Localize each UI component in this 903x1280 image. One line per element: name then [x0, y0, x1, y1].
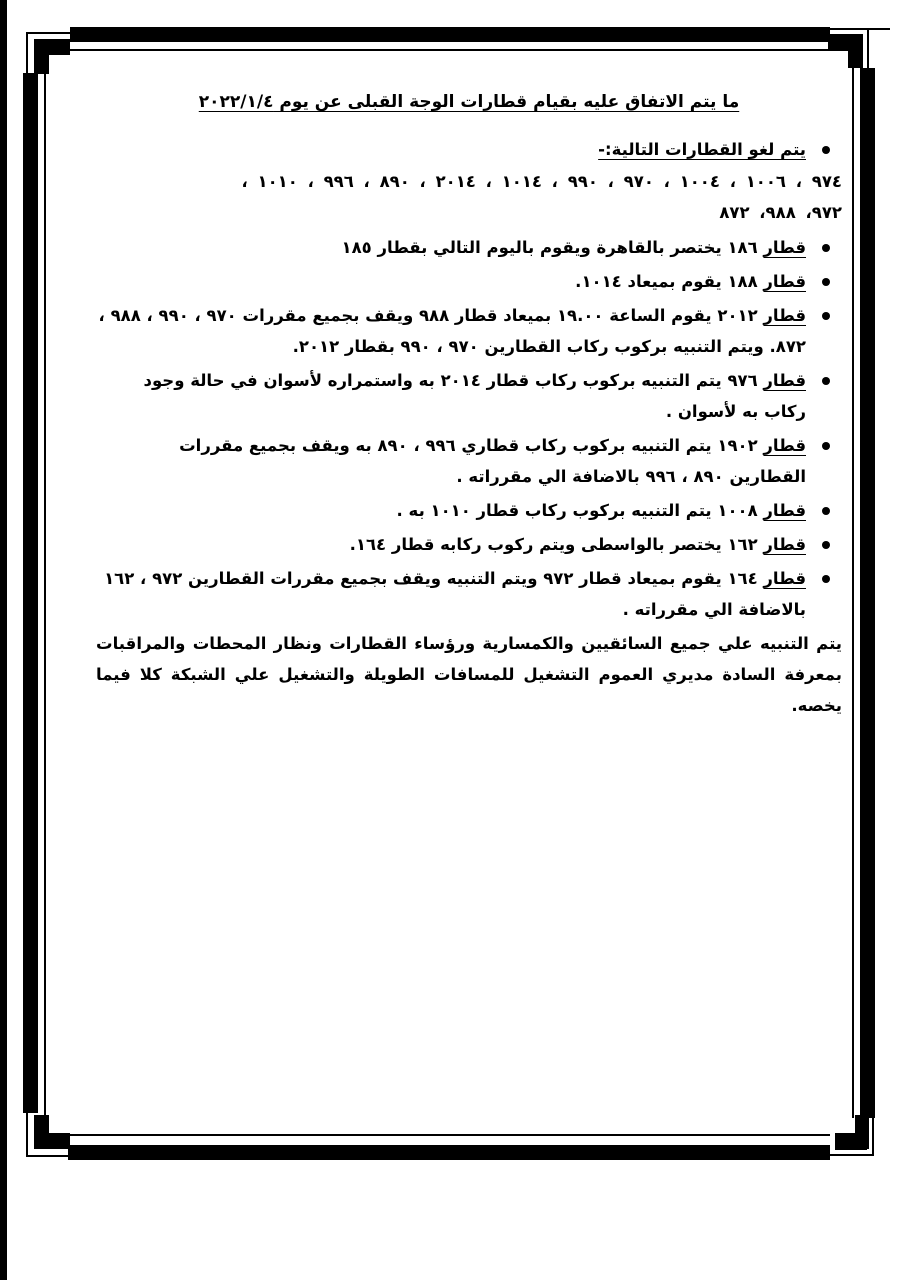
item-lead: قطار [763, 436, 806, 455]
train-instructions: قطار ١٨٦ يختصر بالقاهرة ويقوم باليوم الت… [96, 232, 842, 625]
frame-right-thin-line [852, 68, 854, 1118]
frame-corner-br-step2 [855, 1115, 869, 1149]
frame-left-thin-line [44, 73, 46, 1118]
frame-corner-bl-step2 [34, 1133, 70, 1149]
list-item: قطار ١٨٦ يختصر بالقاهرة ويقوم باليوم الت… [96, 232, 842, 263]
item-text: ١٦٤ يقوم بميعاد قطار ٩٧٢ ويتم التنبيه وي… [104, 569, 806, 619]
list-item: قطار ١٩٠٢ يتم التنبيه بركوب ركاب قطاري ٩… [146, 430, 842, 492]
bullet-icon [822, 507, 830, 515]
bullet-icon [822, 278, 830, 286]
bullet-icon [822, 575, 830, 583]
item-text: ١٩٠٢ يتم التنبيه بركوب ركاب قطاري ٩٩٦ ، … [179, 436, 806, 486]
frame-bottom-left-outer-line [26, 1155, 72, 1157]
frame-right-thick-bar [860, 68, 875, 1118]
cancelled-trains-line-1: ٩٧٤ ، ١٠٠٦ ، ١٠٠٤ ، ٩٧٠ ، ٩٩٠ ، ١٠١٤ ، ٢… [96, 166, 842, 197]
item-text: ٩٧٦ يتم التنبيه بركوب ركاب قطار ٢٠١٤ به … [143, 371, 806, 421]
list-item: قطار ١٨٨ يقوم بميعاد ١٠١٤. [96, 266, 842, 297]
list-item: قطار ١٦٤ يقوم بميعاد قطار ٩٧٢ ويتم التنب… [96, 563, 842, 625]
frame-corner-bl-outer [26, 1113, 28, 1157]
item-lead: قطار [763, 501, 806, 520]
frame-corner-tr-outer [867, 28, 869, 70]
item-text: ١٨٨ يقوم بميعاد ١٠١٤. [575, 272, 763, 291]
item-lead: قطار [763, 272, 806, 291]
frame-bottom-right-outer-line [830, 1154, 874, 1156]
item-text: ١٠٠٨ يتم التنبيه بركوب ركاب قطار ١٠١٠ به… [397, 501, 764, 520]
frame-top-left-outer-line [26, 32, 72, 34]
bullet-icon [822, 244, 830, 252]
frame-corner-tl-step2 [34, 39, 49, 74]
document-body: ما يتم الاتفاق عليه بقيام قطارات الوجة ا… [96, 92, 842, 738]
frame-corner-tl-outer [26, 32, 28, 74]
list-item: قطار ١٠٠٨ يتم التنبيه بركوب ركاب قطار ١٠… [96, 495, 842, 526]
item-lead: قطار [763, 371, 806, 390]
item-lead: قطار [763, 238, 806, 257]
list-item-cancelled-trains: يتم لغو القطارات التالية:- [96, 134, 842, 165]
document-title: ما يتم الاتفاق عليه بقيام قطارات الوجة ا… [96, 92, 842, 112]
closing-note: يتم التنبيه علي جميع السائقيين والكمساري… [96, 628, 842, 721]
item-lead: قطار [763, 535, 806, 554]
cancelled-trains-line-2: ٩٧٢، ٩٨٨، ٨٧٢ [96, 197, 842, 228]
instruction-list: يتم لغو القطارات التالية:- [96, 134, 842, 165]
frame-top-right-outer-line [828, 28, 890, 30]
item-lead: قطار [763, 306, 806, 325]
frame-top-thin-line [70, 49, 830, 51]
bullet-icon [822, 442, 830, 450]
frame-bottom-thin-line [68, 1134, 830, 1136]
item-text: ٢٠١٢ يقوم الساعة ١٩.٠٠ بميعاد قطار ٩٨٨ و… [99, 306, 806, 356]
frame-bottom-thick-bar [68, 1145, 830, 1160]
item-text: ١٨٦ يختصر بالقاهرة ويقوم باليوم التالي ب… [342, 238, 764, 257]
frame-corner-tr-step2 [848, 34, 863, 68]
frame-top-thick-bar [70, 27, 830, 42]
frame-corner-br-outer [872, 1112, 874, 1156]
frame-left-thick-bar [23, 73, 38, 1113]
bullet-icon [822, 541, 830, 549]
bullet-icon [822, 146, 830, 154]
list-item: قطار ٩٧٦ يتم التنبيه بركوب ركاب قطار ٢٠١… [96, 365, 842, 427]
cancelled-heading: يتم لغو القطارات التالية:- [598, 140, 806, 159]
list-item: قطار ١٦٢ يختصر بالواسطى ويتم ركوب ركابه … [96, 529, 842, 560]
item-text: ١٦٢ يختصر بالواسطى ويتم ركوب ركابه قطار … [350, 535, 764, 554]
cancelled-train-numbers: ٩٧٤ ، ١٠٠٦ ، ١٠٠٤ ، ٩٧٠ ، ٩٩٠ ، ١٠١٤ ، ٢… [96, 166, 842, 228]
scan-edge-strip [0, 0, 7, 1280]
bullet-icon [822, 312, 830, 320]
list-item: قطار ٢٠١٢ يقوم الساعة ١٩.٠٠ بميعاد قطار … [96, 300, 842, 362]
item-lead: قطار [763, 569, 806, 588]
bullet-icon [822, 377, 830, 385]
